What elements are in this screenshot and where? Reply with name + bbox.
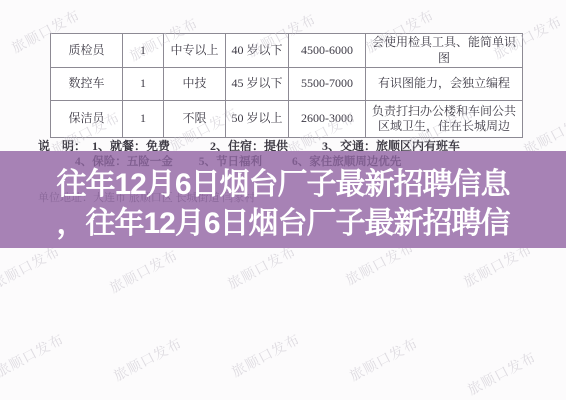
table-row: 质检员 1 中专以上 40 岁以下 4500-6000 会使用检具工具、能简单识… xyxy=(51,34,523,68)
watermark-text: 旅顺口发布 xyxy=(224,241,300,294)
watermark-text: 旅顺口发布 xyxy=(110,333,186,386)
cell-age: 45 岁以下 xyxy=(226,68,289,101)
overlay-title-line2: ，往年12月6日烟台厂子最新招聘信 xyxy=(0,204,566,243)
recruitment-image: 旅顺口发布 旅顺口发布 旅顺口发布 旅顺口发布 旅顺口发布 旅顺口发布 旅顺口发… xyxy=(0,0,566,400)
cell-position: 数控车 xyxy=(51,68,123,101)
cell-count: 1 xyxy=(123,68,164,101)
cell-position: 保洁员 xyxy=(51,101,123,138)
cell-salary: 2600-3000 xyxy=(289,101,366,138)
watermark-text: 旅顺口发布 xyxy=(106,245,182,298)
table-row: 数控车 1 中技 45 岁以下 5500-7000 有识图能力，会独立编程 xyxy=(51,68,523,101)
overlay-title-line1: 往年12月6日烟台厂子最新招聘信息 xyxy=(0,165,566,204)
cell-requirements: 有识图能力，会独立编程 xyxy=(366,68,523,101)
recruitment-table: 质检员 1 中专以上 40 岁以下 4500-6000 会使用检具工具、能简单识… xyxy=(50,33,523,138)
cell-salary: 4500-6000 xyxy=(289,34,366,68)
watermark-text: 旅顺口发布 xyxy=(228,329,304,382)
cell-requirements: 负责打扫办公楼和车间公共区域卫生，住在长城周边 xyxy=(366,101,523,138)
table-row: 保洁员 1 不限 50 岁以上 2600-3000 负责打扫办公楼和车间公共区域… xyxy=(51,101,523,138)
cell-education: 中专以上 xyxy=(164,34,226,68)
cell-requirements: 会使用检具工具、能简单识图 xyxy=(366,34,523,68)
overlay-band: 4、保险：五险一金5、节日福利6、家住旅顺周边优先 单位地址：大连市 旅顺口区 … xyxy=(0,151,566,248)
cell-count: 1 xyxy=(123,101,164,138)
cell-position: 质检员 xyxy=(51,34,123,68)
overlay-title: 往年12月6日烟台厂子最新招聘信息 ，往年12月6日烟台厂子最新招聘信 xyxy=(0,165,566,243)
cell-age: 40 岁以下 xyxy=(226,34,289,68)
watermark-text: 旅顺口发布 xyxy=(0,241,64,294)
cell-education: 不限 xyxy=(164,101,226,138)
watermark-text: 旅顺口发布 xyxy=(0,329,68,382)
cell-age: 50 岁以上 xyxy=(226,101,289,138)
cell-salary: 5500-7000 xyxy=(289,68,366,101)
cell-education: 中技 xyxy=(164,68,226,101)
cell-count: 1 xyxy=(123,34,164,68)
watermark-text: 旅顺口发布 xyxy=(464,347,540,400)
watermark-text: 旅顺口发布 xyxy=(346,333,422,386)
